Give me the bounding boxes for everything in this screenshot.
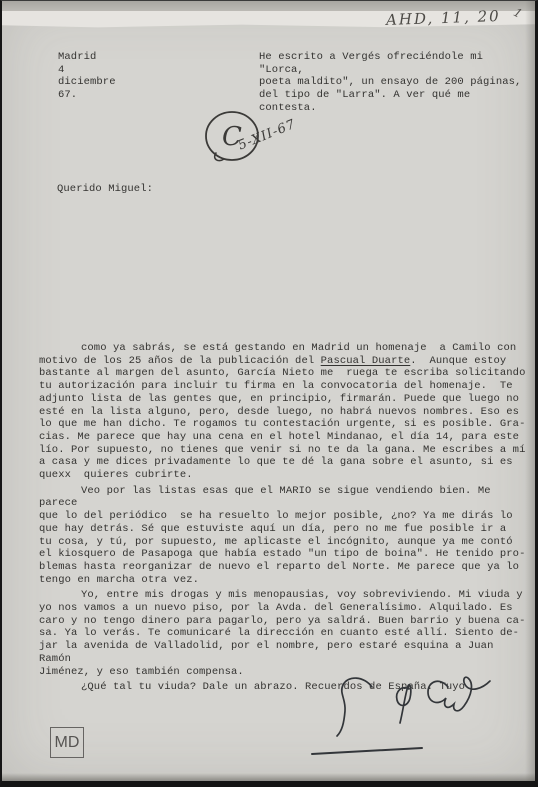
underlined-book-title: Pascual Duarte	[321, 355, 411, 367]
scanned-letter-page: AHD, 11, 20 1 Madrid 4 diciembre 67. He …	[0, 0, 538, 787]
top-margin-note: He escrito a Vergés ofreciéndole mi "Lor…	[259, 51, 531, 115]
paragraph-personal: Yo, entre mis drogas y mis menopausias, …	[39, 589, 527, 678]
bottom-edge-shade	[2, 773, 535, 781]
md-stamp: MD	[50, 727, 84, 758]
dateline: Madrid 4 diciembre 67.	[58, 51, 116, 102]
archival-reference-note: AHD, 11, 20	[386, 7, 501, 29]
letter-body: como ya sabrás, se está gestando en Madr…	[39, 342, 527, 694]
salutation: Querido Miguel:	[57, 183, 153, 196]
signature	[302, 673, 502, 763]
paragraph-homage: como ya sabrás, se está gestando en Madr…	[39, 342, 527, 482]
paragraph1-text-after: . Aunque estoy bastante al margen del as…	[39, 355, 525, 481]
paragraph-mario: Veo por las listas esas que el MARIO se …	[39, 485, 527, 587]
